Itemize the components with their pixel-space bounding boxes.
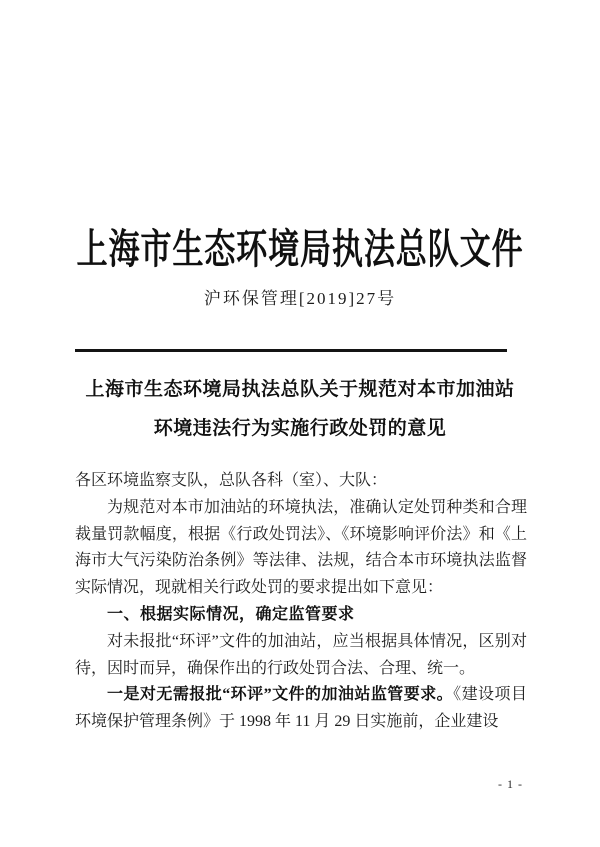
item-1-paragraph: 一是对无需报批“环评”文件的加油站监管要求。《建设项目环境保护管理条例》于 19…: [75, 682, 527, 736]
letterhead-title: 上海市生态环境局执法总队文件: [72, 216, 528, 275]
document-subject: 上海市生态环境局执法总队关于规范对本市加油站 环境违法行为实施行政处罚的意见: [63, 370, 537, 448]
subject-line-1: 上海市生态环境局执法总队关于规范对本市加油站: [63, 370, 537, 409]
document-body: 各区环境监察支队，总队各科（室）、大队： 为规范对本市加油站的环境执法，准确认定…: [75, 468, 527, 736]
letterhead-divider-rule: [75, 349, 507, 352]
subject-line-2: 环境违法行为实施行政处罚的意见: [63, 409, 537, 448]
item-1-lead-sentence: 一是对无需报批“环评”文件的加油站监管要求。: [107, 686, 453, 703]
salutation-line: 各区环境监察支队，总队各科（室）、大队：: [75, 468, 527, 495]
document-number: 沪环保管理[2019]27号: [0, 284, 600, 309]
document-page: 上海市生态环境局执法总队文件 沪环保管理[2019]27号 上海市生态环境局执法…: [0, 0, 600, 847]
section-1-paragraph: 对未报批“环评”文件的加油站，应当根据具体情况，区别对待，因时而异，确保作出的行…: [75, 629, 527, 683]
intro-paragraph: 为规范对本市加油站的环境执法，准确认定处罚种类和合理裁量罚款幅度，根据《行政处罚…: [75, 495, 527, 602]
page-number: - 1 -: [498, 777, 523, 792]
section-1-heading: 一、根据实际情况，确定监管要求: [75, 602, 527, 629]
